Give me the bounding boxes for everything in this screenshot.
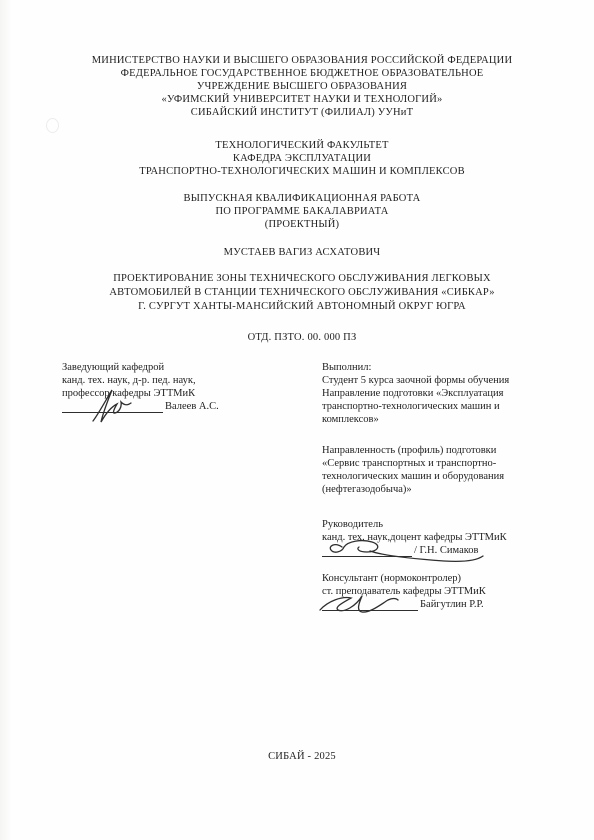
- author-name: МУСТАЕВ ВАГИЗ АСХАТОВИЧ: [56, 246, 548, 259]
- document-code: ОТД. ПЗТО. 00. 000 ПЗ: [56, 331, 548, 344]
- consultant-line: Консультант (нормоконтролер): [322, 572, 562, 585]
- head-of-department-block: Заведующий кафедрой канд. тех. наук, д-р…: [62, 361, 314, 413]
- work-type-line: (ПРОЕКТНЫЙ): [56, 218, 548, 231]
- thesis-title-line: АВТОМОБИЛЕЙ В СТАНЦИИ ТЕХНИЧЕСКОГО ОБСЛУ…: [56, 286, 548, 300]
- thesis-title-line: Г. СУРГУТ ХАНТЫ-МАНСИЙСКИЙ АВТОНОМНЫЙ ОК…: [56, 300, 548, 314]
- ministry-header: МИНИСТЕРСТВО НАУКИ И ВЫСШЕГО ОБРАЗОВАНИЯ…: [56, 54, 548, 119]
- work-type-line: ВЫПУСКНАЯ КВАЛИФИКАЦИОННАЯ РАБОТА: [56, 192, 548, 205]
- ministry-line: ФЕДЕРАЛЬНОЕ ГОСУДАРСТВЕННОЕ БЮДЖЕТНОЕ ОБ…: [56, 67, 548, 80]
- head-of-department-signature-row: Валеев А.С.: [62, 400, 314, 413]
- performer-line: Студент 5 курса заочной формы обучения: [322, 374, 562, 387]
- faculty-block: ТЕХНОЛОГИЧЕСКИЙ ФАКУЛЬТЕТ КАФЕДРА ЭКСПЛУ…: [56, 139, 548, 178]
- profile-line: (нефтегазодобыча)»: [322, 483, 562, 496]
- profile-line: «Сервис транспортных и транспортно-: [322, 457, 562, 470]
- supervisor-line: Руководитель: [322, 518, 562, 531]
- head-of-department-name: Валеев А.С.: [163, 400, 219, 413]
- supervisor-signature-row: / Г.Н. Симаков: [322, 544, 562, 557]
- work-type-block: ВЫПУСКНАЯ КВАЛИФИКАЦИОННАЯ РАБОТА ПО ПРО…: [56, 192, 548, 231]
- city-year-footer: СИБАЙ - 2025: [56, 750, 548, 763]
- ministry-line: МИНИСТЕРСТВО НАУКИ И ВЫСШЕГО ОБРАЗОВАНИЯ…: [56, 54, 548, 67]
- signature-line: [322, 599, 418, 611]
- consultant-name: Байгутлин Р.Р.: [418, 598, 484, 611]
- head-of-department-line: Заведующий кафедрой: [62, 361, 314, 374]
- supervisor-name: / Г.Н. Симаков: [412, 544, 479, 557]
- thesis-title: ПРОЕКТИРОВАНИЕ ЗОНЫ ТЕХНИЧЕСКОГО ОБСЛУЖИ…: [56, 272, 548, 314]
- scan-hole-artifact: [46, 118, 59, 133]
- faculty-line: ТРАНСПОРТНО-ТЕХНОЛОГИЧЕСКИХ МАШИН И КОМП…: [56, 165, 548, 178]
- performer-block: Выполнил: Студент 5 курса заочной формы …: [322, 361, 562, 426]
- work-type-line: ПО ПРОГРАММЕ БАКАЛАВРИАТА: [56, 205, 548, 218]
- performer-column: Выполнил: Студент 5 курса заочной формы …: [322, 361, 562, 631]
- supervisor-line: канд. тех. наук,доцент кафедры ЭТТМиК: [322, 531, 562, 544]
- ministry-line: СИБАЙСКИЙ ИНСТИТУТ (ФИЛИАЛ) УУНиТ: [56, 106, 548, 119]
- performer-line: комплексов»: [322, 413, 562, 426]
- faculty-line: КАФЕДРА ЭКСПЛУАТАЦИИ: [56, 152, 548, 165]
- ministry-line: «УФИМСКИЙ УНИВЕРСИТЕТ НАУКИ И ТЕХНОЛОГИЙ…: [56, 93, 548, 106]
- profile-block: Направленность (профиль) подготовки «Сер…: [322, 444, 562, 496]
- supervisor-block: Руководитель канд. тех. наук,доцент кафе…: [322, 518, 562, 557]
- thesis-title-page: МИНИСТЕРСТВО НАУКИ И ВЫСШЕГО ОБРАЗОВАНИЯ…: [0, 0, 594, 840]
- consultant-block: Консультант (нормоконтролер) ст. препода…: [322, 572, 562, 611]
- consultant-signature-row: Байгутлин Р.Р.: [322, 598, 562, 611]
- head-of-department-line: профессор кафедры ЭТТМиК: [62, 387, 314, 400]
- profile-line: технологических машин и оборудования: [322, 470, 562, 483]
- performer-line: Направление подготовки «Эксплуатация: [322, 387, 562, 400]
- scan-edge-artifact: [0, 0, 12, 840]
- ministry-line: УЧРЕЖДЕНИЕ ВЫСШЕГО ОБРАЗОВАНИЯ: [56, 80, 548, 93]
- thesis-title-line: ПРОЕКТИРОВАНИЕ ЗОНЫ ТЕХНИЧЕСКОГО ОБСЛУЖИ…: [56, 272, 548, 286]
- profile-line: Направленность (профиль) подготовки: [322, 444, 562, 457]
- head-of-department-line: канд. тех. наук, д-р. пед. наук,: [62, 374, 314, 387]
- performer-label: Выполнил:: [322, 361, 562, 374]
- signature-line: [62, 401, 163, 413]
- faculty-line: ТЕХНОЛОГИЧЕСКИЙ ФАКУЛЬТЕТ: [56, 139, 548, 152]
- signature-line: [322, 545, 412, 557]
- consultant-line: ст. преподаватель кафедры ЭТТМиК: [322, 585, 562, 598]
- performer-line: транспортно-технологических машин и: [322, 400, 562, 413]
